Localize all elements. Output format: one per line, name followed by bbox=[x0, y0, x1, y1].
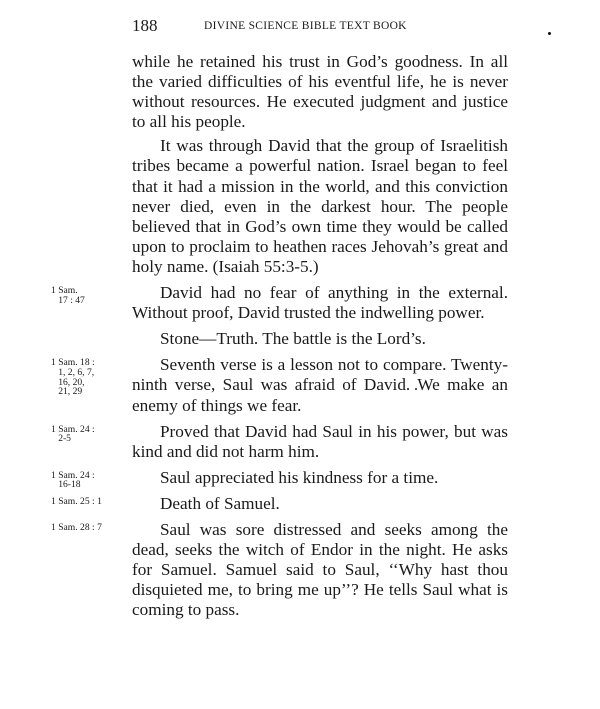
margin-reference: 1 Sam. 24 : 16-18 bbox=[51, 471, 131, 490]
margin-reference: 1 Sam. 28 : 7 bbox=[51, 523, 131, 533]
paragraph: while he retained his trust in God’s goo… bbox=[132, 52, 508, 132]
paragraph-block: 1 Sam. 25 : 1 Death of Samuel. bbox=[132, 494, 508, 514]
paragraph: It was through David that the group of I… bbox=[132, 136, 508, 277]
paragraph-block: 1 Sam. 17 : 47 David had no fear of anyt… bbox=[132, 283, 508, 323]
paragraph: Stone—Truth. The battle is the Lord’s. bbox=[132, 329, 508, 349]
running-head: DIVINE SCIENCE BIBLE TEXT BOOK bbox=[204, 20, 407, 32]
paragraph-block: 1 Sam. 24 : 2-5 Proved that David had Sa… bbox=[132, 422, 508, 462]
paragraph: Saul was sore distressed and seeks among… bbox=[132, 520, 508, 620]
paragraph-block: 1 Sam. 28 : 7 Saul was sore distressed a… bbox=[132, 520, 508, 620]
paragraph: David had no fear of anything in the ext… bbox=[132, 283, 508, 323]
margin-reference: 1 Sam. 17 : 47 bbox=[51, 286, 131, 305]
paragraph-block: It was through David that the group of I… bbox=[132, 136, 508, 277]
paragraph-block: 1 Sam. 24 : 16-18 Saul appreciated his k… bbox=[132, 468, 508, 488]
body-text: while he retained his trust in God’s goo… bbox=[132, 52, 508, 620]
print-speck bbox=[548, 32, 551, 35]
page-header: 188 DIVINE SCIENCE BIBLE TEXT BOOK bbox=[132, 16, 512, 38]
paragraph-block: Stone—Truth. The battle is the Lord’s. bbox=[132, 329, 508, 349]
paragraph: Death of Samuel. bbox=[132, 494, 508, 514]
margin-reference: 1 Sam. 18 : 1, 2, 6, 7, 16, 20, 21, 29 bbox=[51, 358, 131, 396]
paragraph-block: 1 Sam. 18 : 1, 2, 6, 7, 16, 20, 21, 29 S… bbox=[132, 355, 508, 415]
margin-reference: 1 Sam. 25 : 1 bbox=[51, 497, 131, 507]
paragraph-block: while he retained his trust in God’s goo… bbox=[132, 52, 508, 132]
margin-reference: 1 Sam. 24 : 2-5 bbox=[51, 425, 131, 444]
paragraph: Saul appreciated his kindness for a time… bbox=[132, 468, 508, 488]
page-number: 188 bbox=[132, 16, 158, 36]
paragraph: Proved that David had Saul in his power,… bbox=[132, 422, 508, 462]
paragraph: Seventh verse is a lesson not to compare… bbox=[132, 355, 508, 415]
book-page: 188 DIVINE SCIENCE BIBLE TEXT BOOK while… bbox=[0, 0, 600, 709]
